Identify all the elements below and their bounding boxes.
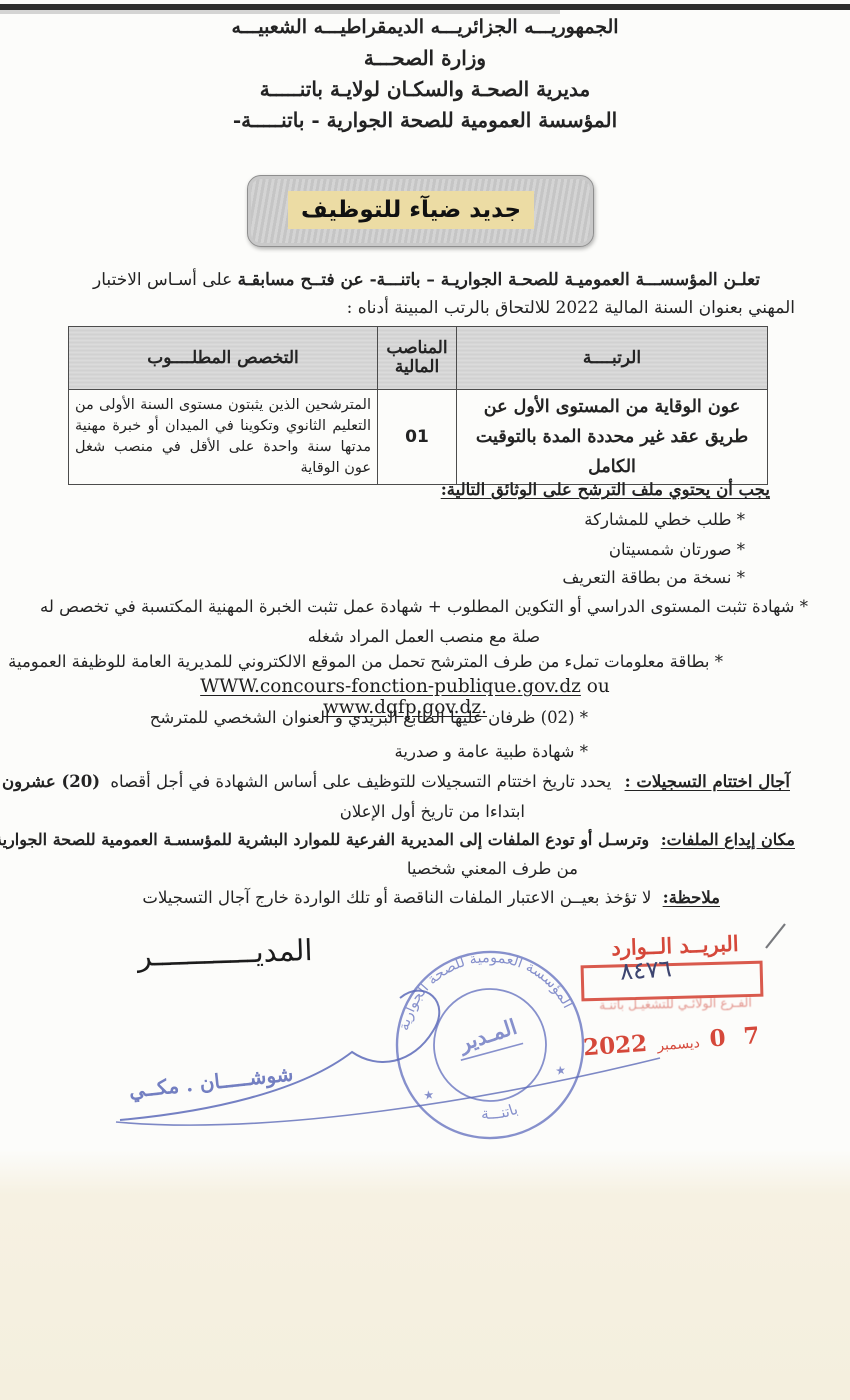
note-line: ملاحظة: لا تؤخذ بعيــن الاعتبار الملفات … bbox=[142, 886, 720, 910]
cell-rank: عون الوقاية من المستوى الأول عن طريق عقد… bbox=[457, 390, 768, 485]
date-stamp-month: ديسمبر bbox=[657, 1035, 701, 1054]
deadline-label: آجال اختتام التسجيلات : bbox=[625, 772, 790, 791]
positions-table: الرتبــــة المناصب المالية التخصص المطلـ… bbox=[68, 326, 768, 485]
announcement-bold-part: تعلـن المؤسســـة العموميـة للصحـة الجوار… bbox=[238, 270, 760, 290]
cell-specialty: المترشحين الذين يثبتون مستوى السنة الأول… bbox=[69, 390, 378, 485]
note-label: ملاحظة: bbox=[663, 888, 720, 907]
incoming-mail-number: ٨٤٧٦ bbox=[619, 954, 672, 986]
cell-posts: 01 bbox=[378, 390, 457, 485]
link-concours-fonction-publique: WWW.concours-fonction-publique.gov.dz bbox=[200, 676, 581, 697]
scanned-document-page: الجمهوريـــه الجزائريـــه الديمقراطيـــه… bbox=[0, 0, 850, 1400]
round-stamp-outer-text: المؤسسة العمومية للصحة الجوارية bbox=[387, 938, 576, 1034]
document-item: * (02) ظرفان عليها الطابع البريدي و العن… bbox=[150, 706, 588, 730]
document-item: * شهادة طبية عامة و صدرية bbox=[395, 740, 588, 764]
watermark-banner: جديد ضيآء للتوظيف bbox=[247, 175, 594, 247]
table-header-row: الرتبــــة المناصب المالية التخصص المطلـ… bbox=[69, 327, 768, 390]
deposit-place-line: مكان إيداع الملفات: وترسـل أو تودع الملف… bbox=[0, 828, 795, 852]
registration-deadline-line: آجال اختتام التسجيلات : يحدد تاريخ اختتا… bbox=[0, 770, 790, 794]
round-official-stamp: المؤسسة العمومية للصحة الجوارية باتنـــة… bbox=[383, 938, 598, 1153]
directorate-title: مديرية الصحـة والسكـان لولايـة باتنـــــ… bbox=[0, 74, 850, 105]
documents-list-title: يجب أن يحتوي ملف الترشح على الوثائق التا… bbox=[441, 478, 770, 502]
round-stamp-center-text: المـدير bbox=[454, 1014, 520, 1058]
round-stamp-outer-text-holder: المؤسسة العمومية للصحة الجوارية bbox=[387, 938, 576, 1034]
establishment-title: المؤسسة العمومية للصحة الجوارية - باتنــ… bbox=[0, 105, 850, 136]
document-item: * صورتان شمسيتان bbox=[609, 538, 745, 562]
table-row: عون الوقاية من المستوى الأول عن طريق عقد… bbox=[69, 390, 768, 485]
link-separator: ou bbox=[581, 676, 610, 697]
date-stamp: 2022 ديسمبر 0 7 bbox=[582, 1022, 765, 1062]
republic-title: الجمهوريـــه الجزائريـــه الديمقراطيـــه… bbox=[0, 12, 850, 43]
document-item: * نسخة من بطاقة التعريف bbox=[562, 566, 745, 590]
ministry-title: وزارة الصحـــة bbox=[0, 43, 850, 74]
col-header-specialty: التخصص المطلــــوب bbox=[69, 327, 378, 390]
director-title: المديــــــــــــر bbox=[119, 932, 330, 973]
round-stamp-star-right: ★ bbox=[554, 1063, 567, 1078]
round-stamp-bottom-text: باتنـــة bbox=[478, 1099, 520, 1124]
watermark-banner-label: جديد ضيآء للتوظيف bbox=[288, 191, 534, 229]
round-stamp-bottom-text-holder: باتنـــة bbox=[478, 1099, 520, 1124]
round-stamp-star-left: ★ bbox=[422, 1087, 435, 1102]
document-item: * شهادة تثبت المستوى الدراسي أو التكوين … bbox=[40, 592, 808, 652]
note-text: لا تؤخذ بعيــن الاعتبار الملفات الناقصة … bbox=[142, 888, 651, 907]
incoming-mail-stamp-title: البريــد الــوارد bbox=[575, 930, 776, 962]
document-item: * بطاقة معلومات تملء من طرف المترشح تحمل… bbox=[8, 650, 723, 674]
document-item: * طلب خطي للمشاركة bbox=[584, 508, 745, 532]
deposit-second-line: من طرف المعني شخصيا bbox=[407, 857, 578, 881]
deadline-bold-tail: (20) عشرون يوما bbox=[0, 772, 100, 791]
signer-name-stamp: شوشـــــان . مكــي bbox=[85, 1057, 336, 1107]
announcement-paragraph: تعلـن المؤسســـة العموميـة للصحـة الجوار… bbox=[50, 266, 795, 322]
deposit-label: مكان إيداع الملفات: bbox=[661, 830, 795, 849]
letterhead: الجمهوريـــه الجزائريـــه الديمقراطيـــه… bbox=[0, 12, 850, 136]
col-header-posts: المناصب المالية bbox=[378, 327, 457, 390]
date-stamp-day: 0 7 bbox=[709, 1022, 766, 1053]
col-header-rank: الرتبــــة bbox=[457, 327, 768, 390]
deadline-text: يحدد تاريخ اختتام التسجيلات للتوظيف على … bbox=[110, 772, 611, 791]
deposit-text: وترسـل أو تودع الملفات إلى المديرية الفر… bbox=[0, 830, 649, 849]
deadline-second-line: ابتداءا من تاريخ أول الإعلان bbox=[340, 800, 525, 824]
